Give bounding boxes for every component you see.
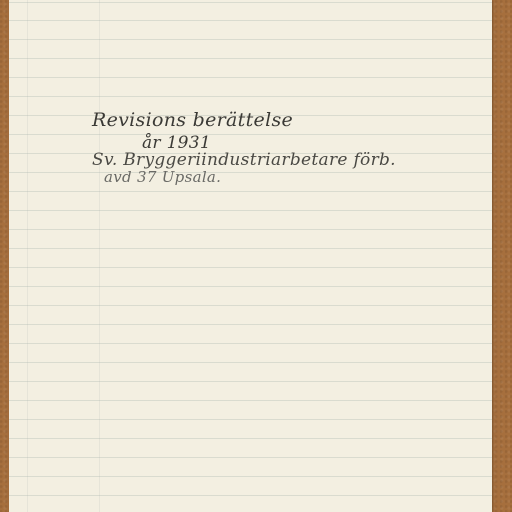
faint-margin-line (99, 0, 100, 512)
handwritten-branch: avd 37 Upsala. (104, 168, 221, 186)
lined-paper-sheet (9, 0, 492, 512)
faint-margin-line (27, 0, 28, 512)
handwritten-title: Revisions berättelse (92, 109, 293, 131)
handwritten-union-name: Sv. Bryggeriindustriarbetare förb. (92, 150, 396, 170)
